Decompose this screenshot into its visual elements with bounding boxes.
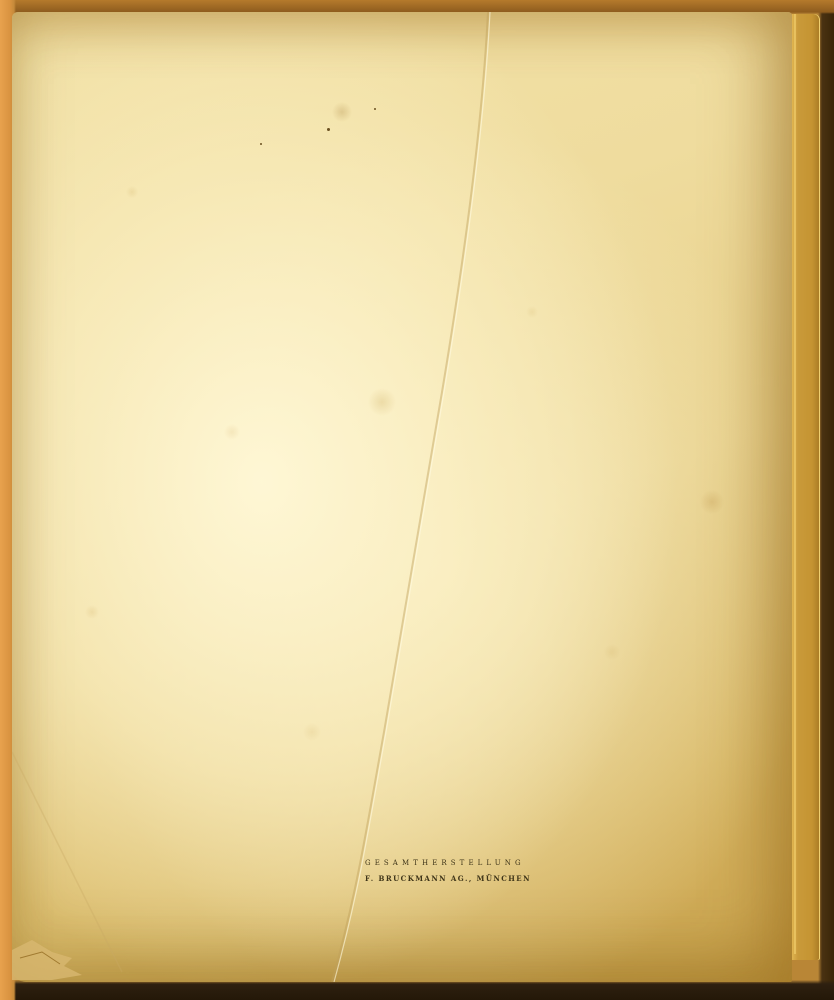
printer-imprint: GESAMTHERSTELLUNG F. BRUCKMANN AG., MÜNC…	[365, 856, 515, 886]
paper-speck	[260, 143, 262, 145]
paper-speck	[374, 108, 376, 110]
book-spine-edge	[792, 14, 820, 960]
paper-speck	[327, 128, 330, 131]
imprint-line-publisher: F. BRUCKMANN AG., MÜNCHEN	[365, 871, 515, 886]
imprint-line-production: GESAMTHERSTELLUNG	[365, 856, 515, 871]
paper-foxing-texture	[12, 12, 792, 982]
spine-fold-line	[794, 14, 796, 954]
book-back-cover: GESAMTHERSTELLUNG F. BRUCKMANN AG., MÜNC…	[12, 12, 792, 982]
